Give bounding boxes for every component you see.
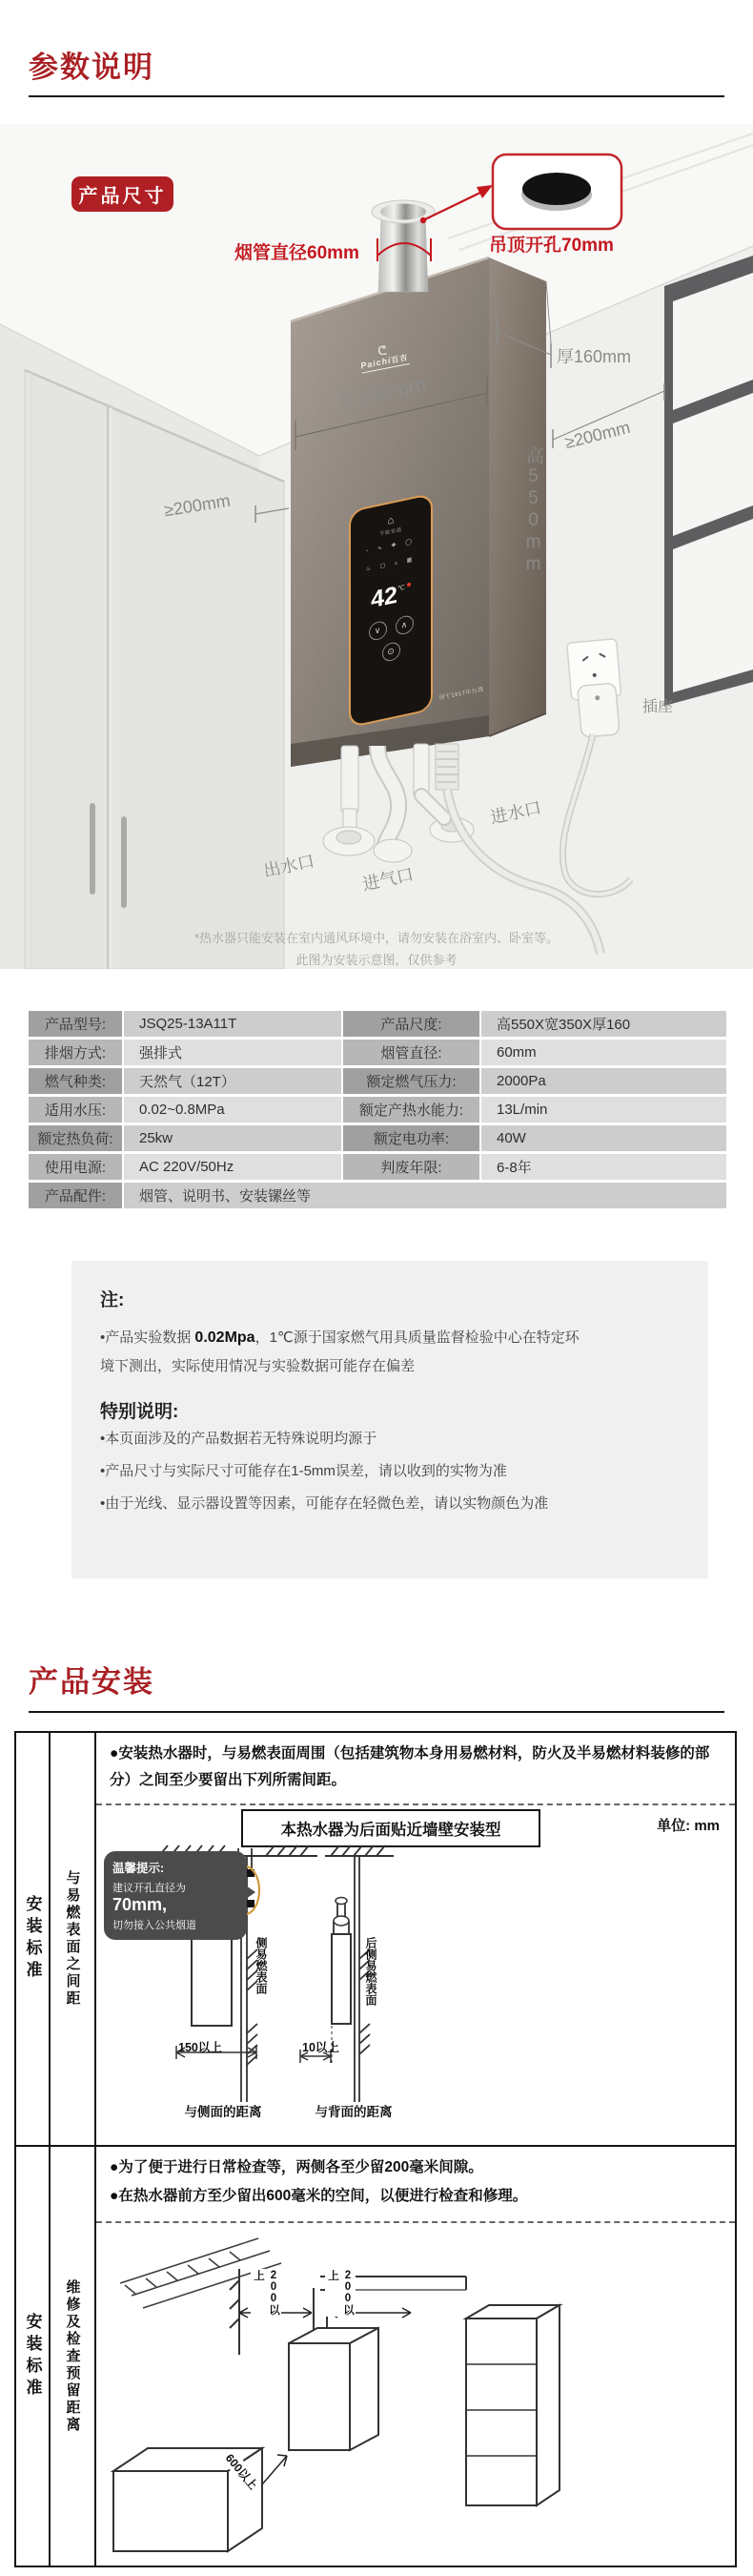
socket-label: 插座 <box>642 694 673 716</box>
tip-title: 温馨提示: <box>112 1859 238 1876</box>
spec-label: 烟管直径: <box>343 1040 479 1065</box>
install-title-divider <box>29 1711 724 1713</box>
maintenance-bullet-2: ●在热水器前方至少留出600毫米的空间，以便进行检查和修理。 <box>110 2183 722 2210</box>
dashed-divider <box>96 2221 735 2223</box>
unit-label: 单位: mm <box>657 1815 720 1835</box>
temperature-unit: ℃ <box>397 584 405 593</box>
scene-caption-1: *热水器只能安装在室内通风环境中，请勿安装在浴室内、卧室等。 <box>0 928 753 946</box>
note-paragraph: •产品实验数据 0.02Mpa，1℃源于国家燃气用具质量监督检验中心在特定环 境… <box>100 1323 680 1380</box>
wall-mount-type-box: 本热水器为后面贴近墙壁安装型 <box>241 1809 540 1847</box>
notes-card: 注: •产品实验数据 0.02Mpa，1℃源于国家燃气用具质量监督检验中心在特定… <box>71 1261 708 1578</box>
spec-label: 适用水压: <box>29 1097 122 1123</box>
height-dimension: 高550mm <box>520 446 546 576</box>
product-size-badge: 产品尺寸 <box>71 176 173 212</box>
note-text: 境下测出，实际使用情况与实验数据可能存在偏差 <box>100 1358 415 1374</box>
ceiling-hole-label: 吊顶开孔70mm <box>489 231 614 257</box>
heater-control-panel: ⌂ 节能恒温 ◦ ∿ ✚ ◯ ·· ·· ·· ·· ♨ ▢ ▵ ▦ ·· ··… <box>349 493 433 729</box>
special-note-bullet: •产品尺寸与实际尺寸可能存在1-5mm误差，请以收到的实物为准 <box>100 1455 680 1488</box>
side-surface-label: 侧易燃表面 <box>254 1937 270 2017</box>
spec-value: JSQ25-13A11T <box>124 1011 341 1037</box>
spec-label: 排烟方式: <box>29 1040 122 1065</box>
spec-value: 烟管、说明书、安装镙丝等 <box>124 1183 726 1208</box>
spec-value: 13L/min <box>481 1097 726 1123</box>
side-distance-value: 150以上 <box>178 2038 222 2055</box>
note-strong: 0.02Mpa <box>194 1329 254 1346</box>
table-row: 排烟方式: 强排式 烟管直径: 60mm <box>29 1040 726 1065</box>
side-distance-caption: 与侧面的距离 <box>161 2101 285 2120</box>
spec-label: 使用电源: <box>29 1154 122 1180</box>
spec-value: AC 220V/50Hz <box>124 1154 341 1180</box>
table-row: 燃气种类: 天然气（12T） 额定燃气压力: 2000Pa <box>29 1068 726 1094</box>
brand-name-cn: 百吉 <box>391 353 409 364</box>
product-dimensions-scene: 产品尺寸 烟管直径60mm 吊顶开孔70mm 宽350mm 厚160mm 高55… <box>0 124 753 969</box>
install-standard-label: 安装标准 <box>21 1895 45 1983</box>
table-row: 使用电源: AC 220V/50Hz 判废年限: 6-8年 <box>29 1154 726 1180</box>
temperature-value: 42 <box>371 584 397 613</box>
power-button: ⊙ <box>382 641 400 663</box>
tip-strong: 70mm, <box>112 1895 167 1914</box>
back-distance-caption: 与背面的距离 <box>292 2101 416 2120</box>
special-note-title: 特别说明: <box>100 1397 680 1423</box>
spec-label: 额定产热水能力: <box>343 1097 479 1123</box>
title-divider <box>29 95 724 97</box>
spec-value: 6-8年 <box>481 1154 726 1180</box>
side-clearance-value-right: 200以上 <box>325 2269 356 2317</box>
scene-caption-2: 此图为安装示意图，仅供参考 <box>0 950 753 968</box>
clearance-paragraph: ●安装热水器时，与易燃表面周围（包括建筑物本身用易燃材料，防火及半易燃材料装修的… <box>110 1741 722 1794</box>
temp-up-button: ∧ <box>396 614 414 636</box>
spec-value: 强排式 <box>124 1040 341 1065</box>
back-distance-value: 10以上 <box>302 2038 339 2055</box>
maintenance-diagram <box>96 2231 735 2566</box>
table-row: 额定热负荷: 25kw 额定电功率: 40W <box>29 1125 726 1151</box>
flue-diameter-label: 烟管直径60mm <box>234 238 359 264</box>
install-row-clearance: 安装标准 与易燃表面之间距 ●安装热水器时，与易燃表面周围（包括建筑物本身用易燃… <box>16 1733 735 2145</box>
spec-label: 产品配件: <box>29 1183 122 1208</box>
special-note-bullet: •本页面涉及的产品数据若无特殊说明均源于 <box>100 1423 680 1455</box>
temp-down-button: ∨ <box>369 620 387 642</box>
spec-value: 25kw <box>124 1125 341 1151</box>
spec-label: 额定燃气压力: <box>343 1068 479 1094</box>
table-row: 产品型号: JSQ25-13A11T 产品尺度: 高550X宽350X厚160 <box>29 1011 726 1037</box>
house-icon: ⌂ <box>388 514 395 526</box>
back-surface-label: 后侧易燃表面 <box>363 1937 379 2030</box>
spec-label: 产品型号: <box>29 1011 122 1037</box>
spec-label: 判废年限: <box>343 1154 479 1180</box>
table-row: 产品配件: 烟管、说明书、安装镙丝等 <box>29 1183 726 1208</box>
page-title: 参数说明 <box>29 43 154 86</box>
tip-text: 建议开孔直径为 <box>112 1883 186 1894</box>
note-title: 注: <box>100 1286 680 1311</box>
spec-label: 燃气种类: <box>29 1068 122 1094</box>
spec-value: 40W <box>481 1125 726 1151</box>
spec-label: 额定热负荷: <box>29 1125 122 1151</box>
side-clearance-value-left: 200以上 <box>251 2269 281 2317</box>
product-detail-page: 参数说明 <box>0 0 753 2576</box>
maintenance-side-label: 维修及检查预留距离 <box>63 2279 83 2434</box>
tip-bubble: 温馨提示: 建议开孔直径为70mm, 切勿接入公共烟道 <box>104 1851 247 1940</box>
maintenance-bullet-1: ●为了便于进行日常检查等，两侧各至少留200毫米间隙。 <box>110 2154 722 2181</box>
spec-table: 产品型号: JSQ25-13A11T 产品尺度: 高550X宽350X厚160 … <box>29 1011 726 1208</box>
clearance-side-label: 与易燃表面之间距 <box>63 1870 83 2008</box>
table-row: 适用水压: 0.02~0.8MPa 额定产热水能力: 13L/min <box>29 1097 726 1123</box>
tip-text: 切勿接入公共烟道 <box>112 1917 238 1932</box>
spec-value: 天然气（12T） <box>124 1068 341 1094</box>
note-text: ，1℃源于国家燃气用具质量监督检验中心在特定环 <box>255 1329 580 1346</box>
panel-mode-label: 节能恒温 <box>379 526 402 537</box>
spec-label: 额定电功率: <box>343 1125 479 1151</box>
note-text: •产品实验数据 <box>100 1329 194 1346</box>
spec-value: 60mm <box>481 1040 726 1065</box>
spec-value: 高550X宽350X厚160 <box>481 1011 726 1037</box>
spec-value: 0.02~0.8MPa <box>124 1097 341 1123</box>
install-row-maintenance: 安装标准 维修及检查预留距离 ●为了便于进行日常检查等，两侧各至少留200毫米间… <box>16 2145 735 2566</box>
depth-dimension: 厚160mm <box>557 343 631 368</box>
spec-value: 2000Pa <box>481 1068 726 1094</box>
spec-label: 产品尺度: <box>343 1011 479 1037</box>
temperature-readout: 42 ℃ <box>371 581 411 613</box>
status-dot <box>407 583 411 587</box>
dashed-divider <box>96 1803 735 1805</box>
install-standard-label: 安装标准 <box>21 2313 45 2401</box>
installation-table: 安装标准 与易燃表面之间距 ●安装热水器时，与易燃表面周围（包括建筑物本身用易燃… <box>14 1731 737 2567</box>
special-note-bullet: •由于光线、显示器设置等因素，可能存在轻微色差，请以实物颜色为准 <box>100 1488 680 1520</box>
install-title: 产品安装 <box>29 1658 154 1700</box>
